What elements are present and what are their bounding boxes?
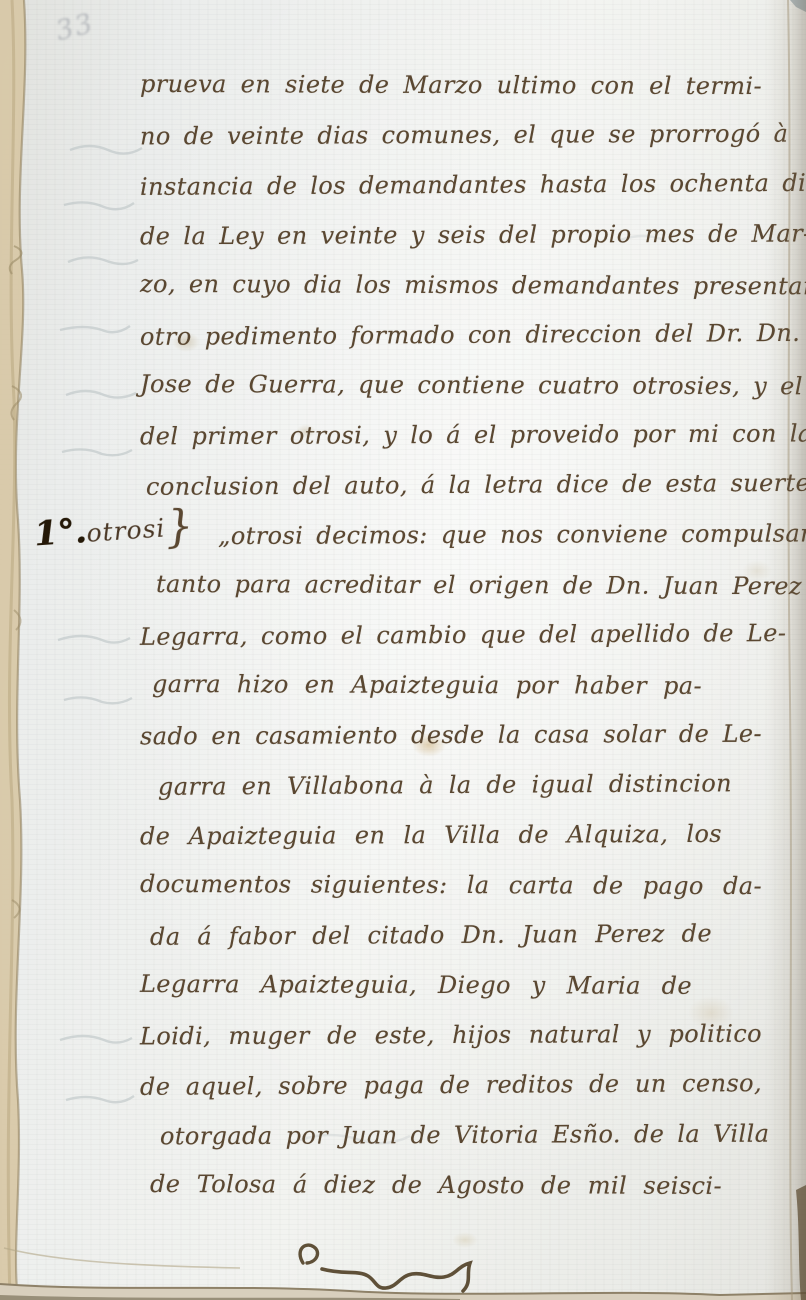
manuscript-line: de Tolosa á diez de Agosto de mil seisci… [140,1159,762,1211]
manuscript-line: prueva en siete de Marzo ultimo con el t… [140,59,762,111]
folio-number: 33 [53,8,98,47]
bottom-under-page [0,1284,806,1300]
manuscript-line: zo, en cuyo dia los mismos demandantes p… [140,259,762,311]
left-deckle-shadow [16,0,26,1300]
foxing-stain [452,1232,478,1248]
bottom-dark-strip [0,1295,460,1300]
right-dark-edge [796,1185,806,1300]
manuscript-line: otro pedimento formado con direccion del… [140,308,762,362]
left-deckle-highlight [8,0,14,1300]
bottom-left-crease [4,1248,240,1268]
manuscript-text: prueva en siete de Marzo ultimo con el t… [140,60,762,1210]
manuscript-line: Legarra, como el cambio que del apellido… [140,608,762,662]
manuscript-line: instancia de los demandantes hasta los o… [140,158,762,212]
manuscript-line: no de veinte dias comunes, el que se pro… [140,109,762,162]
tear-mark [10,246,22,274]
manuscript-line: del primer otrosi, y lo á el proveido po… [140,409,762,462]
manuscript-line: garra hizo en Apaizteguia por haber pa- [140,659,762,711]
tear-mark [12,900,20,918]
manuscript-line: Legarra Apaizteguia, Diego y Maria de [140,959,762,1011]
manuscript-line: tanto para acreditar el origen de Dn. Ju… [140,559,762,611]
manuscript-line: de la Ley en veinte y seis del propio me… [140,209,762,262]
margin-note-number: 1°. [33,511,88,555]
rubric-flourish [300,1245,470,1291]
manuscript-line: de aquel, sobre paga de reditos de un ce… [140,1058,762,1112]
corner-sliver [790,0,806,12]
tear-mark [11,386,21,420]
manuscript-photo: 33 1°.otrosi} prueva en siete de Marzo u… [0,0,806,1300]
manuscript-line: da á fabor del citado Dn. Juan Perez de [140,908,762,962]
manuscript-line: „otrosi decimos: que nos conviene compul… [140,509,762,562]
left-deckle-edge [0,0,25,1300]
manuscript-line: garra en Villabona à la de igual distinc… [140,758,762,812]
manuscript-line: conclusion del auto, á la letra dice de … [140,458,762,512]
bottom-edge-line [0,1284,806,1295]
manuscript-line: Jose de Guerra, que contiene cuatro otro… [140,359,762,411]
manuscript-line: Loidi, muger de este, hijos natural y po… [140,1009,762,1062]
manuscript-line: sado en casamiento desde la casa solar d… [140,709,762,762]
manuscript-line: documentos siguientes: la carta de pago … [140,859,762,911]
tear-mark [14,610,21,630]
manuscript-line: otorgada por Juan de Vitoria Esño. de la… [140,1109,762,1162]
manuscript-line: de Apaizteguia en la Villa de Alquiza, l… [140,809,762,862]
